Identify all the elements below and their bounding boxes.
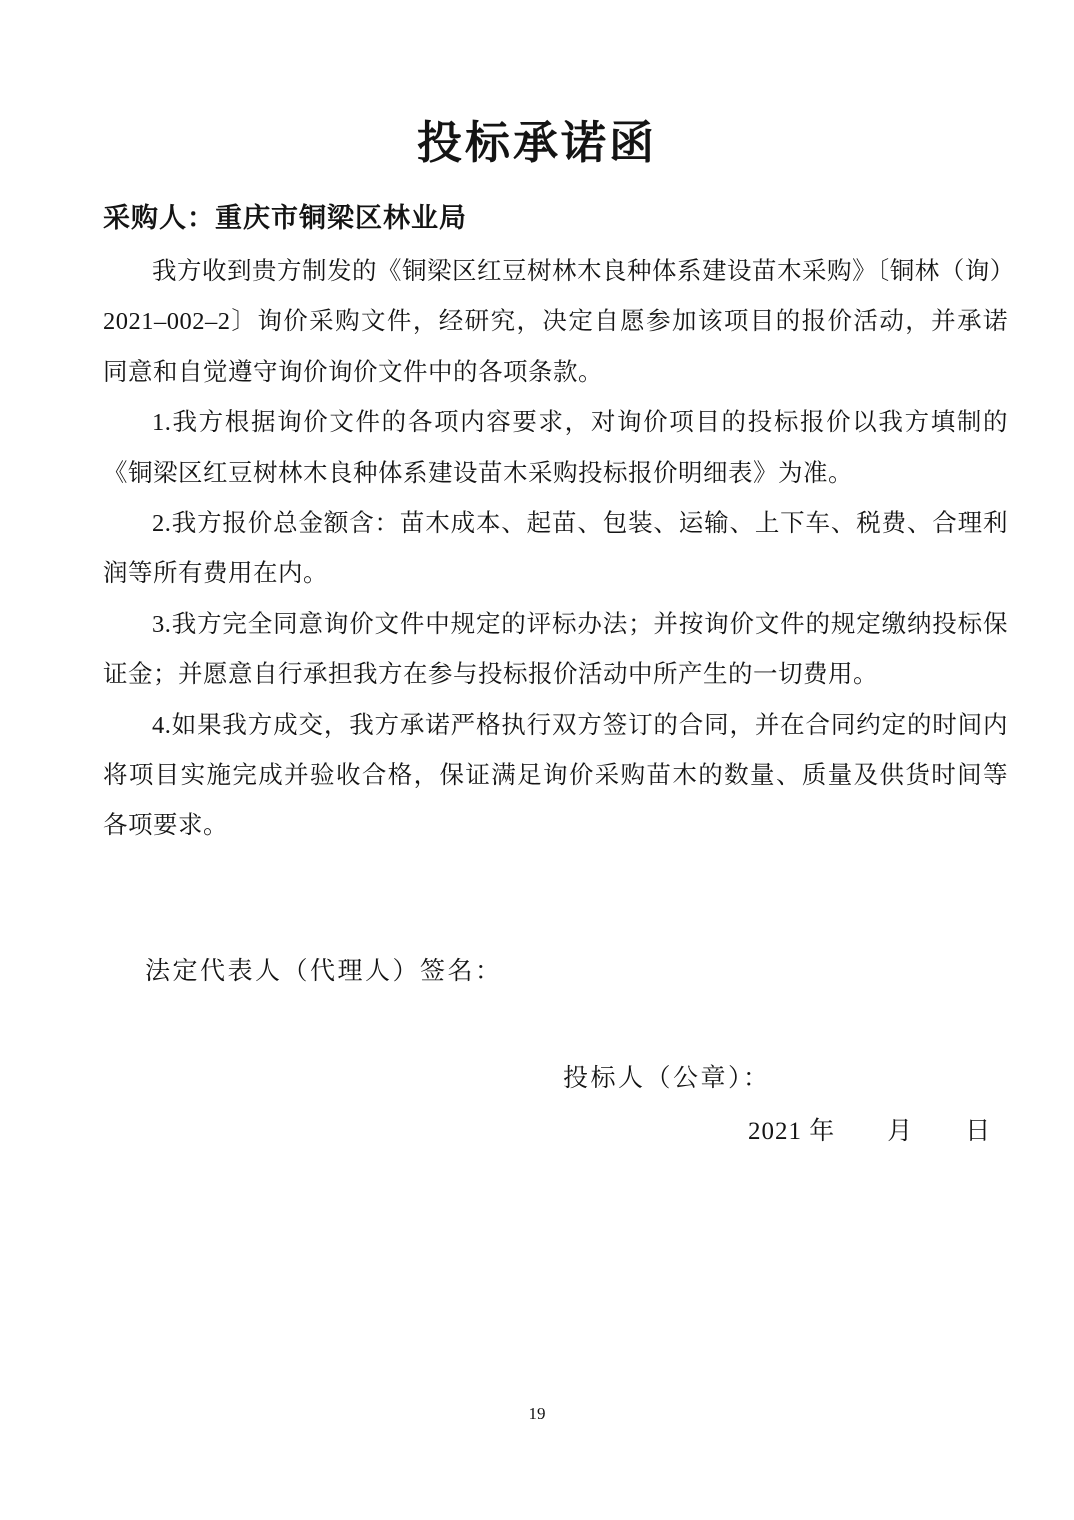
paragraph-item-3: 3.我方完全同意询价文件中规定的评标办法；并按询价文件的规定缴纳投标保 证金；并… (103, 600, 1008, 701)
paragraph-line: 润等所有费用在内。 (103, 549, 1008, 599)
paragraph-line: 我方收到贵方制发的《铜梁区红豆树林木良种体系建设苗木采购》〔铜林（询） (103, 247, 1008, 297)
paragraph-line: 证金；并愿意自行承担我方在参与投标报价活动中所产生的一切费用。 (103, 650, 1008, 700)
paragraph-intro: 我方收到贵方制发的《铜梁区红豆树林木良种体系建设苗木采购》〔铜林（询） 2021… (103, 247, 1008, 398)
paragraph-line: 同意和自觉遵守询价询价文件中的各项条款。 (103, 348, 1008, 398)
bidder-seal-line: 投标人（公章）： (563, 1058, 771, 1094)
legal-representative-signature-line: 法定代表人（代理人）签名： (145, 951, 503, 987)
document-title: 投标承诺函 (0, 106, 1074, 171)
paragraph-item-4: 4.如果我方成交，我方承诺严格执行双方签订的合同，并在合同约定的时间内 将项目实… (103, 701, 1008, 852)
paragraph-item-2: 2.我方报价总金额含：苗木成本、起苗、包装、运输、上下车、税费、合理利 润等所有… (103, 499, 1008, 600)
paragraph-line: 4.如果我方成交，我方承诺严格执行双方签订的合同，并在合同约定的时间内 (103, 701, 1008, 751)
paragraph-line: 《铜梁区红豆树林木良种体系建设苗木采购投标报价明细表》为准。 (103, 449, 1008, 499)
date-line: 2021 年 月 日 (748, 1111, 991, 1147)
paragraph-line: 各项要求。 (103, 801, 1008, 851)
paragraph-line: 3.我方完全同意询价文件中规定的评标办法；并按询价文件的规定缴纳投标保 (103, 600, 1008, 650)
document-body: 我方收到贵方制发的《铜梁区红豆树林木良种体系建设苗木采购》〔铜林（询） 2021… (103, 247, 1008, 852)
paragraph-item-1: 1.我方根据询价文件的各项内容要求，对询价项目的投标报价以我方填制的 《铜梁区红… (103, 398, 1008, 499)
paragraph-line: 将项目实施完成并验收合格，保证满足询价采购苗木的数量、质量及供货时间等 (103, 751, 1008, 801)
page-number: 19 (0, 1404, 1074, 1424)
buyer-label: 采购人：重庆市铜梁区林业局 (103, 196, 467, 235)
paragraph-line: 2.我方报价总金额含：苗木成本、起苗、包装、运输、上下车、税费、合理利 (103, 499, 1008, 549)
paragraph-line: 1.我方根据询价文件的各项内容要求，对询价项目的投标报价以我方填制的 (103, 398, 1008, 448)
paragraph-line: 2021–002–2〕询价采购文件，经研究，决定自愿参加该项目的报价活动，并承诺 (103, 297, 1008, 347)
document-page: 投标承诺函 采购人：重庆市铜梁区林业局 我方收到贵方制发的《铜梁区红豆树林木良种… (0, 0, 1074, 1520)
